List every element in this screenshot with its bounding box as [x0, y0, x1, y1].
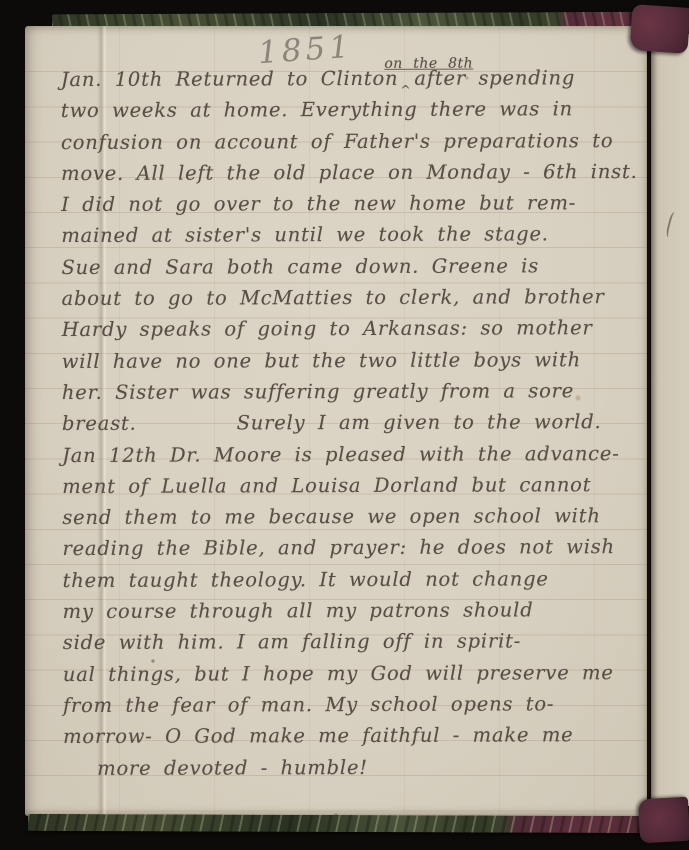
manuscript-line: I did not go over to the new home but re… [61, 187, 647, 220]
manuscript-line: confusion on account of Father's prepara… [61, 125, 647, 158]
manuscript-line: morrow- O God make me faithful - make me [63, 719, 649, 752]
manuscript-line: breast. Surely I am given to the world. [62, 406, 648, 439]
manuscript-line: Jan. 10th Returned to Clinton^on the 8th… [61, 62, 647, 95]
manuscript-line: from the fear of man. My school opens to… [63, 688, 649, 721]
manuscript-line: send them to me because we open school w… [62, 500, 648, 533]
next-page-edge [651, 34, 689, 806]
manuscript-line: Jan 12th Dr. Moore is pleased with the a… [62, 438, 648, 471]
manuscript-line: reading the Bible, and prayer: he does n… [62, 531, 648, 564]
inserted-text-above-line: on the 8th [384, 49, 473, 81]
manuscript-line: Hardy speaks of going to Arkansas: so mo… [62, 312, 648, 345]
manuscript-line: Sue and Sara both came down. Greene is [61, 250, 647, 283]
manuscript-line: my course through all my patrons should [63, 594, 649, 627]
spine-corner-bottom-right [638, 797, 689, 844]
insertion-point: ^on the 8th [398, 75, 414, 85]
scanned-page-background: 1851 Jan. 10th Returned to Clinton^on th… [0, 0, 689, 850]
line1-text-before-insertion: Jan. 10th Returned to Clinton [61, 67, 399, 91]
manuscript-line: move. All left the old place on Monday -… [61, 156, 647, 189]
cover-edge-bottom [28, 814, 650, 833]
manuscript-line: ment of Luella and Louisa Dorland but ca… [62, 469, 648, 502]
manuscript-line: mained at sister's until we took the sta… [61, 218, 647, 251]
manuscript-line: more devoted - humble! [63, 751, 649, 784]
manuscript-line: ual things, but I hope my God will prese… [63, 657, 649, 690]
manuscript-line: them taught theology. It would not chang… [62, 563, 648, 596]
manuscript-line: her. Sister was suffering greatly from a… [62, 375, 648, 408]
manuscript-line: will have no one but the two little boys… [62, 344, 648, 377]
manuscript-line: two weeks at home. Everything there was … [61, 93, 647, 126]
spine-corner-top-right [629, 4, 689, 54]
manuscript-line: about to go to McMatties to clerk, and b… [62, 281, 648, 314]
manuscript-line: side with him. I am falling off in spiri… [63, 625, 649, 658]
diary-entry-text: Jan. 10th Returned to Clinton^on the 8th… [61, 62, 650, 784]
